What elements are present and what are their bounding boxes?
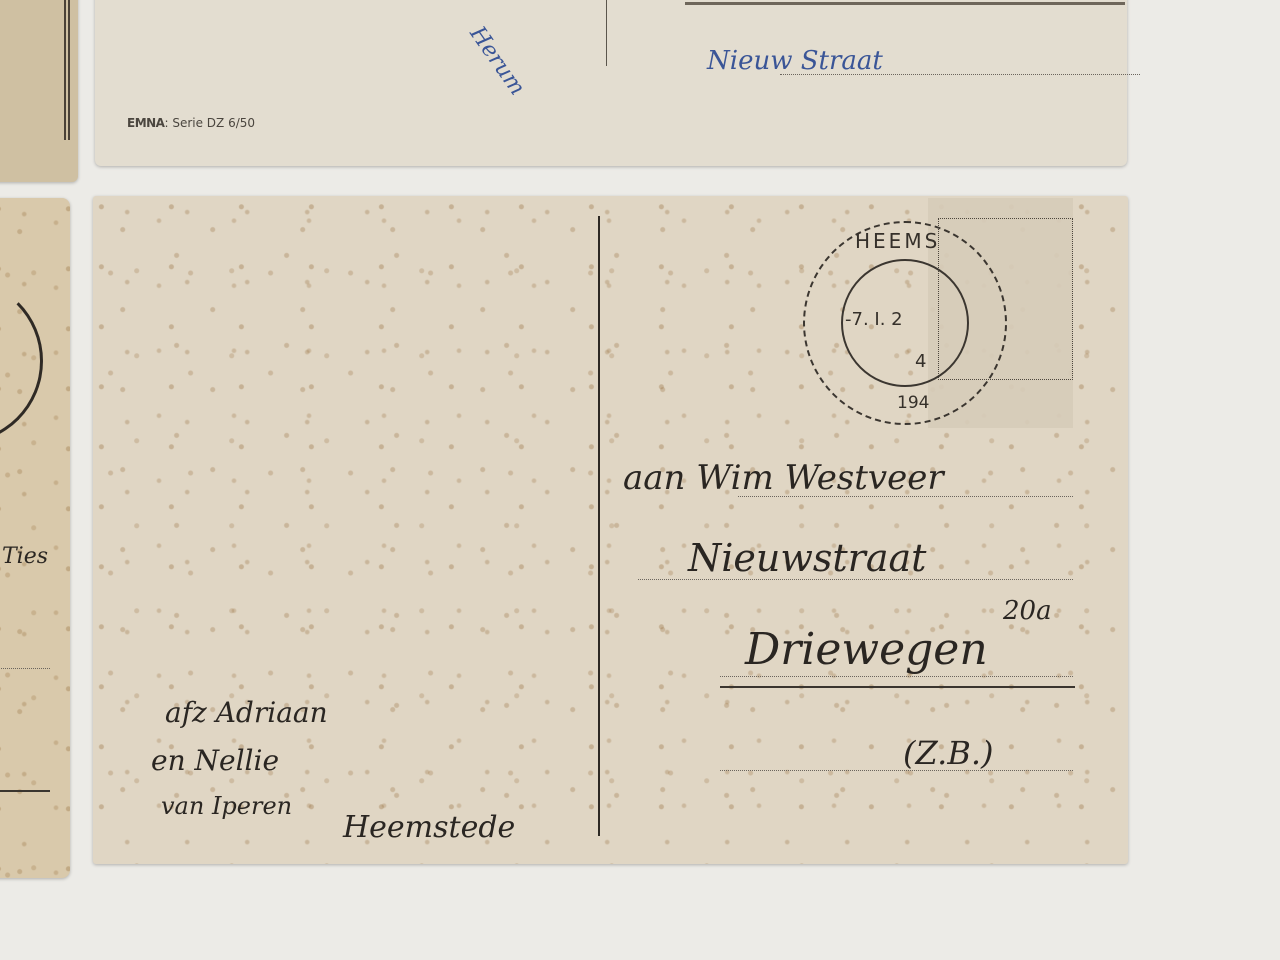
divider-line bbox=[606, 0, 607, 66]
left-solid-line bbox=[0, 790, 50, 792]
sender-town: Heemstede bbox=[343, 810, 515, 845]
postmark-year: 194 bbox=[897, 393, 929, 413]
postmark-town: HEEMS bbox=[855, 229, 940, 253]
address-underline-top bbox=[685, 2, 1125, 5]
address-line-3 bbox=[720, 676, 1073, 677]
top-left-partial-card bbox=[0, 0, 78, 182]
main-postcard: HEEMS -7. I. 2 4 194 aan Wim Westveer Ni… bbox=[93, 196, 1128, 864]
top-postcard: Herum Nieuw Straat EMNA: Serie DZ 6/50 bbox=[95, 0, 1127, 166]
address-recipient: aan Wim Westveer bbox=[623, 458, 944, 498]
publisher-imprint: EMNA: Serie DZ 6/50 bbox=[127, 116, 255, 130]
publisher-logo: EMNA bbox=[127, 116, 164, 130]
sender-line-3: van Iperen bbox=[161, 792, 292, 820]
address-line-4 bbox=[720, 770, 1073, 771]
address-street: Nieuwstraat bbox=[688, 536, 926, 580]
city-underline bbox=[720, 686, 1075, 688]
left-partial-card: Ties bbox=[0, 198, 70, 878]
handwriting-street: Nieuw Straat bbox=[707, 46, 883, 76]
address-region: (Z.B.) bbox=[903, 734, 994, 772]
center-divider bbox=[598, 216, 600, 836]
handwriting-herum: Herum bbox=[465, 22, 530, 100]
sender-line-1: afz Adriaan bbox=[165, 696, 328, 729]
postmark: HEEMS -7. I. 2 4 194 bbox=[803, 221, 1007, 425]
left-dotted-line bbox=[0, 668, 50, 669]
address-house-number: 20a bbox=[1003, 596, 1052, 626]
sender-line-2: en Nellie bbox=[151, 744, 279, 777]
ornamental-border bbox=[50, 0, 70, 140]
series-label: Serie DZ 6/50 bbox=[172, 116, 255, 130]
handwriting-ties: Ties bbox=[2, 544, 48, 569]
address-city: Driewegen bbox=[745, 624, 988, 675]
postmark-date: -7. I. 2 bbox=[845, 309, 903, 330]
postmark-hour: 4 bbox=[915, 351, 926, 372]
postmark-partial bbox=[0, 278, 43, 444]
